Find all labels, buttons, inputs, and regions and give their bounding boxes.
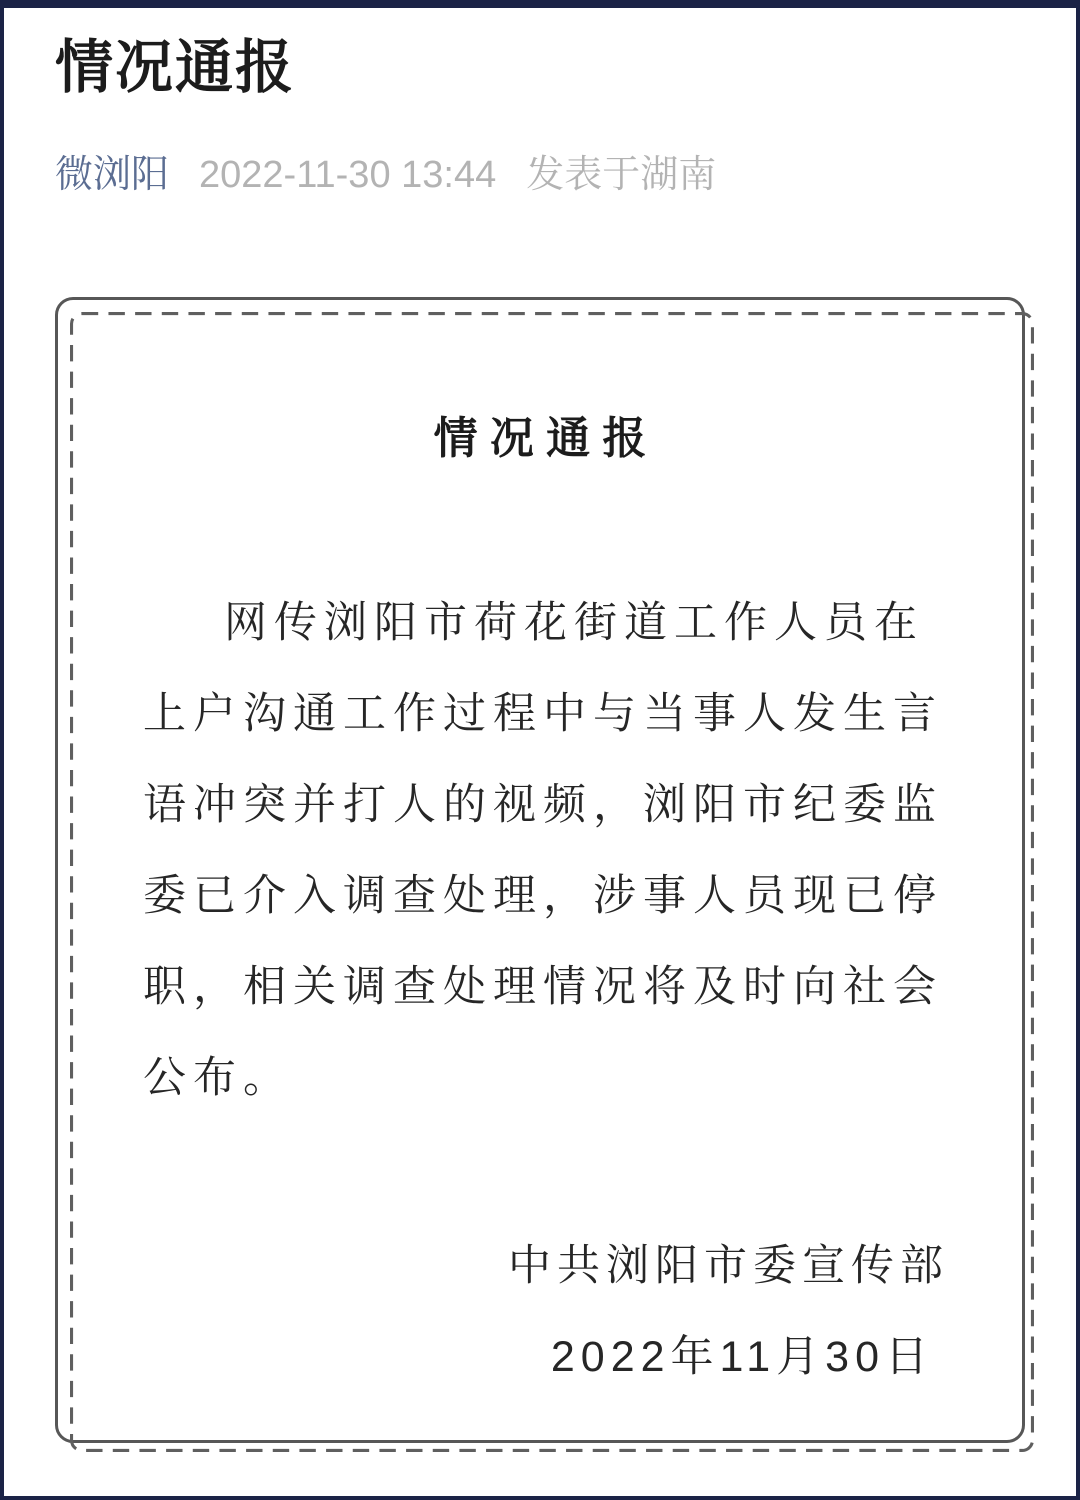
notice-signature-block: 中共浏阳市委宣传部 2022年11月30日 bbox=[58, 1221, 949, 1403]
article-meta: 微浏阳 2022-11-30 13:44 发表于湖南 bbox=[55, 152, 1025, 198]
notice-body-text: 网传浏阳市荷花街道工作人员在 上户沟通工作过程中与当事人发生言 语冲突并打人的视… bbox=[143, 578, 952, 1124]
signature-date: 2022年11月30日 bbox=[58, 1312, 934, 1403]
publish-location: 发表于湖南 bbox=[526, 152, 716, 198]
article-page: 情况通报 微浏阳 2022-11-30 13:44 发表于湖南 情 况 通 报 … bbox=[0, 0, 1080, 1500]
notice-title: 情 况 通 报 bbox=[58, 415, 1022, 463]
page-title: 情况通报 bbox=[55, 33, 1025, 103]
publish-timestamp: 2022-11-30 13:44 bbox=[199, 152, 496, 198]
account-link[interactable]: 微浏阳 bbox=[55, 152, 169, 198]
signature-issuer: 中共浏阳市委宣传部 bbox=[58, 1221, 949, 1312]
notice-image-card[interactable]: 情 况 通 报 网传浏阳市荷花街道工作人员在 上户沟通工作过程中与当事人发生言 … bbox=[55, 297, 1025, 1443]
